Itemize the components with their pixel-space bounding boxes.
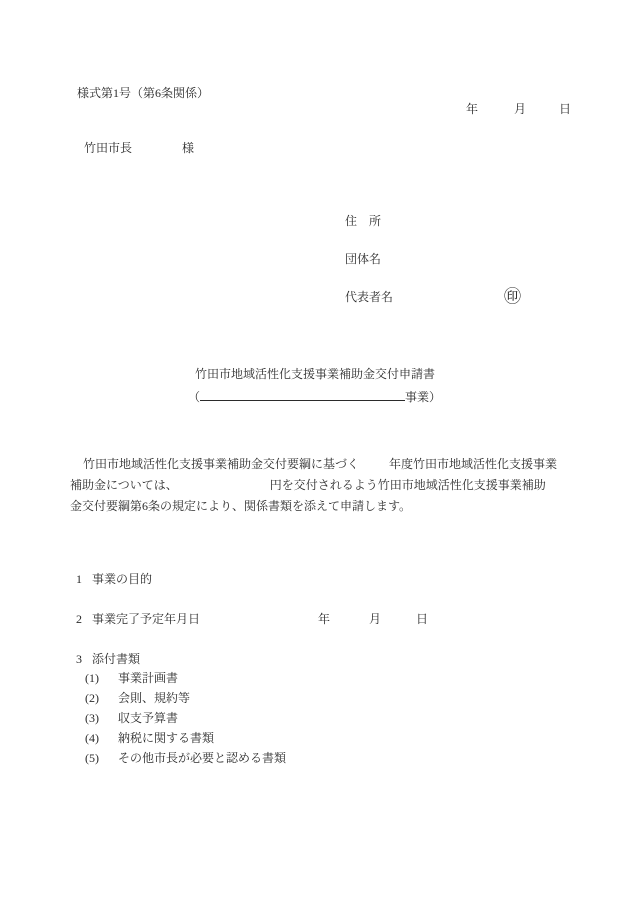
subtitle-suffix: 事業） (405, 390, 441, 404)
attachment-label: その他市長が必要と認める書類 (118, 751, 286, 765)
attachment-label: 納税に関する書類 (118, 731, 214, 745)
body-paragraph-line3: 金交付要綱第6条の規定により、関係書類を添えて申請します。 (70, 500, 411, 512)
completion-month-label: 月 (369, 613, 381, 625)
section-number: 1 (76, 573, 92, 585)
body-text: 竹田市地域活性化支援事業補助金交付要綱に基づく (83, 457, 359, 471)
body-text: 金交付要綱第6条の規定により、関係書類を添えて申請します。 (70, 499, 411, 513)
date-year-label: 年 (466, 103, 478, 115)
body-text: 年度竹田市地域活性化支援事業 (389, 457, 557, 471)
section-title: 事業完了予定年月日 (92, 612, 200, 626)
subtitle-open-paren: （ (188, 390, 200, 404)
completion-day-label: 日 (416, 613, 428, 625)
addressee-honorific: 様 (182, 141, 194, 155)
seal-mark-icon: ㊞ (504, 288, 521, 305)
address-label: 住 所 (345, 215, 381, 227)
section-title: 事業の目的 (92, 572, 152, 586)
project-name-blank-line (200, 388, 405, 401)
application-form-page: 様式第1号（第6条関係） 年 月 日 竹田市長 様 住 所 団体名 代表者名 ㊞… (0, 0, 630, 915)
attachment-label: 収支予算書 (118, 711, 178, 725)
attachment-item: (5)その他市長が必要と認める書類 (85, 752, 286, 764)
section-number: 2 (76, 613, 92, 625)
section-3-attachments: 3添付書類 (76, 653, 140, 665)
attachment-label: 会則、規約等 (118, 691, 190, 705)
attachment-number: (1) (85, 672, 118, 684)
attachment-number: (2) (85, 692, 118, 704)
body-paragraph-line1: 竹田市地域活性化支援事業補助金交付要綱に基づく年度竹田市地域活性化支援事業 (70, 458, 557, 470)
attachment-item: (3)収支予算書 (85, 712, 178, 724)
addressee-name: 竹田市長 (84, 141, 132, 155)
attachment-item: (1)事業計画書 (85, 672, 178, 684)
form-number: 様式第1号（第6条関係） (77, 87, 209, 99)
document-subtitle: （事業） (188, 388, 441, 403)
date-day-label: 日 (559, 103, 571, 115)
section-1-purpose: 1事業の目的 (76, 573, 152, 585)
organization-name-label: 団体名 (345, 253, 381, 265)
body-text: 補助金については、 (70, 478, 178, 492)
addressee-line: 竹田市長 様 (84, 142, 194, 154)
attachment-item: (2)会則、規約等 (85, 692, 190, 704)
representative-name-label: 代表者名 (345, 291, 393, 303)
attachment-number: (4) (85, 732, 118, 744)
attachment-number: (5) (85, 752, 118, 764)
section-number: 3 (76, 653, 92, 665)
attachment-label: 事業計画書 (118, 671, 178, 685)
document-title: 竹田市地域活性化支援事業補助金交付申請書 (0, 368, 630, 380)
attachment-number: (3) (85, 712, 118, 724)
body-paragraph-line2: 補助金については、円を交付されるよう竹田市地域活性化支援事業補助 (70, 479, 546, 491)
body-text: 円を交付されるよう竹田市地域活性化支援事業補助 (270, 478, 546, 492)
date-month-label: 月 (514, 103, 526, 115)
section-2-completion-date: 2事業完了予定年月日 (76, 613, 200, 625)
completion-year-label: 年 (318, 613, 330, 625)
section-title: 添付書類 (92, 652, 140, 666)
attachment-item: (4)納税に関する書類 (85, 732, 214, 744)
